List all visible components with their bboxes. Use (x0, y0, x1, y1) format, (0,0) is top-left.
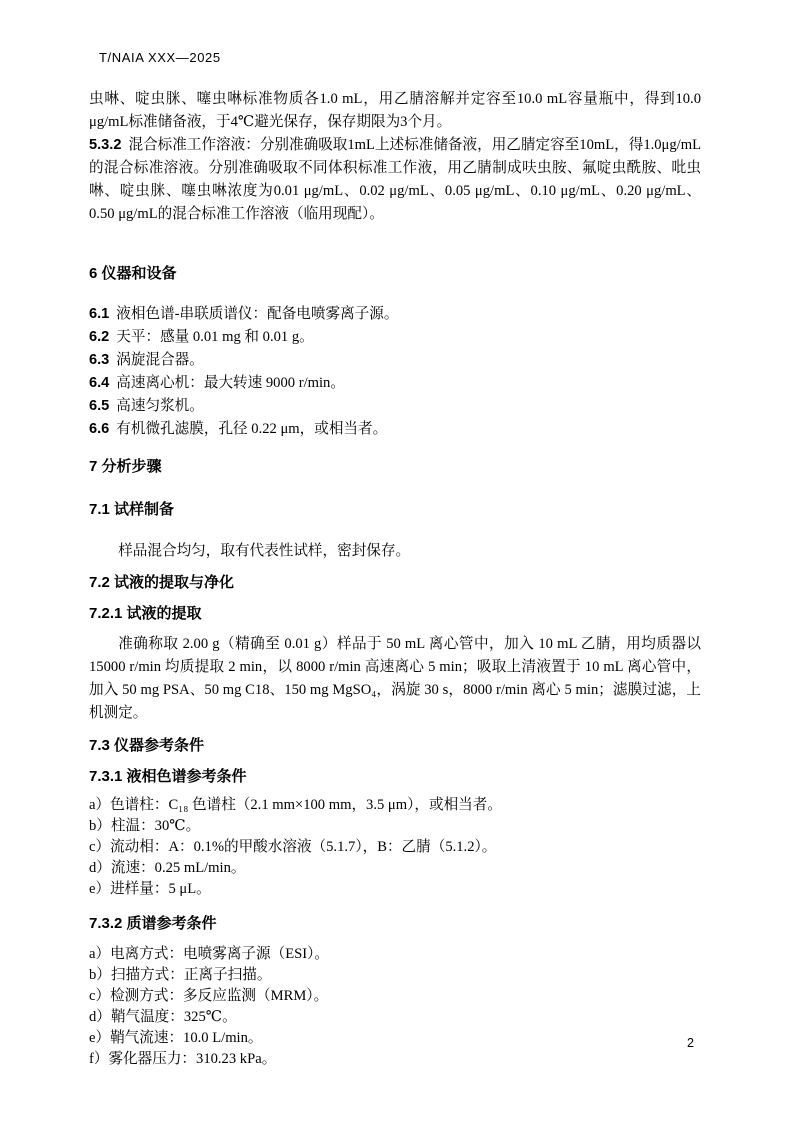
ms-condition-a: a）电离方式：电喷雾离子源（ESI）。 (89, 944, 701, 965)
clause-text-6-2: 天平：感量 0.01 mg 和 0.01 g。 (116, 329, 313, 345)
heading-7-1: 7.1 试样制备 (89, 499, 701, 520)
clause-text-6-1: 液相色谱-串联质谱仪：配备电喷雾离子源。 (116, 306, 398, 322)
equipment-list: 6.1液相色谱-串联质谱仪：配备电喷雾离子源。 6.2天平：感量 0.01 mg… (89, 303, 701, 441)
clause-number-6-6: 6.6 (89, 421, 109, 437)
heading-7-3: 7.3 仪器参考条件 (89, 735, 701, 756)
clause-number-6-2: 6.2 (89, 329, 109, 345)
lc-condition-c: c）流动相：A：0.1%的甲酸水溶液（5.1.7），B：乙腈（5.1.2）。 (89, 837, 701, 858)
clause-number-5-3-2: 5.3.2 (89, 137, 121, 153)
heading-chapter-7: 7 分析步骤 (89, 456, 701, 477)
ms-conditions-list: a）电离方式：电喷雾离子源（ESI）。 b）扫描方式：正离子扫描。 c）检测方式… (89, 944, 701, 1070)
lc-condition-d: d）流速：0.25 mL/min。 (89, 858, 701, 879)
paragraph-5-3-2: 5.3.2混合标准工作溶液：分别准确吸取1mL上述标准储备液，用乙腈定容至10m… (89, 134, 701, 226)
equipment-item-6-4: 6.4高速离心机：最大转速 9000 r/min。 (89, 372, 701, 395)
heading-7-2-1: 7.2.1 试液的提取 (89, 603, 701, 624)
paragraph-standard-stock-solution: 虫啉、啶虫脒、噻虫啉标准物质各1.0 mL，用乙腈溶解并定容至10.0 mL容量… (89, 88, 701, 134)
clause-text-5-3-2: 混合标准工作溶液：分别准确吸取1mL上述标准储备液，用乙腈定容至10mL，得1.… (89, 137, 701, 222)
equipment-item-6-5: 6.5高速匀浆机。 (89, 395, 701, 418)
lc-condition-b: b）柱温：30℃。 (89, 816, 701, 837)
clause-number-6-1: 6.1 (89, 306, 109, 322)
lc-condition-a: a）色谱柱：C₁₈ 色谱柱（2.1 mm×100 mm，3.5 μm），或相当者… (89, 795, 701, 816)
clause-text-6-5: 高速匀浆机。 (116, 398, 204, 414)
clause-text-6-3: 涡旋混合器。 (116, 352, 204, 368)
ms-condition-d: d）鞘气温度：325℃。 (89, 1007, 701, 1028)
heading-7-3-1: 7.3.1 液相色谱参考条件 (89, 766, 701, 787)
paragraph-7-1: 样品混合均匀，取有代表性试样，密封保存。 (89, 540, 701, 563)
heading-chapter-6: 6 仪器和设备 (89, 263, 701, 284)
clause-number-6-5: 6.5 (89, 398, 109, 414)
clause-text-6-6: 有机微孔滤膜，孔径 0.22 μm，或相当者。 (116, 421, 387, 437)
paragraph-7-2-1: 准确称取 2.00 g（精确至 0.01 g）样品于 50 mL 离心管中，加入… (89, 633, 701, 725)
heading-7-3-2: 7.3.2 质谱参考条件 (89, 913, 701, 934)
heading-7-2: 7.2 试液的提取与净化 (89, 572, 701, 593)
ms-condition-c: c）检测方式：多反应监测（MRM）。 (89, 986, 701, 1007)
page-number: 2 (687, 1036, 694, 1050)
equipment-item-6-3: 6.3涡旋混合器。 (89, 349, 701, 372)
running-header: T/NAIA XXX—2025 (99, 50, 701, 65)
clause-number-6-4: 6.4 (89, 375, 109, 391)
ms-condition-b: b）扫描方式：正离子扫描。 (89, 965, 701, 986)
equipment-item-6-6: 6.6有机微孔滤膜，孔径 0.22 μm，或相当者。 (89, 418, 701, 441)
lc-condition-e: e）进样量：5 μL。 (89, 879, 701, 900)
clause-number-6-3: 6.3 (89, 352, 109, 368)
lc-conditions-list: a）色谱柱：C₁₈ 色谱柱（2.1 mm×100 mm，3.5 μm），或相当者… (89, 795, 701, 900)
document-page: T/NAIA XXX—2025 虫啉、啶虫脒、噻虫啉标准物质各1.0 mL，用乙… (0, 0, 791, 1122)
ms-condition-f: f）雾化器压力：310.23 kPa。 (89, 1049, 701, 1070)
clause-text-6-4: 高速离心机：最大转速 9000 r/min。 (116, 375, 345, 391)
equipment-item-6-1: 6.1液相色谱-串联质谱仪：配备电喷雾离子源。 (89, 303, 701, 326)
equipment-item-6-2: 6.2天平：感量 0.01 mg 和 0.01 g。 (89, 326, 701, 349)
ms-condition-e: e）鞘气流速：10.0 L/min。 (89, 1028, 701, 1049)
